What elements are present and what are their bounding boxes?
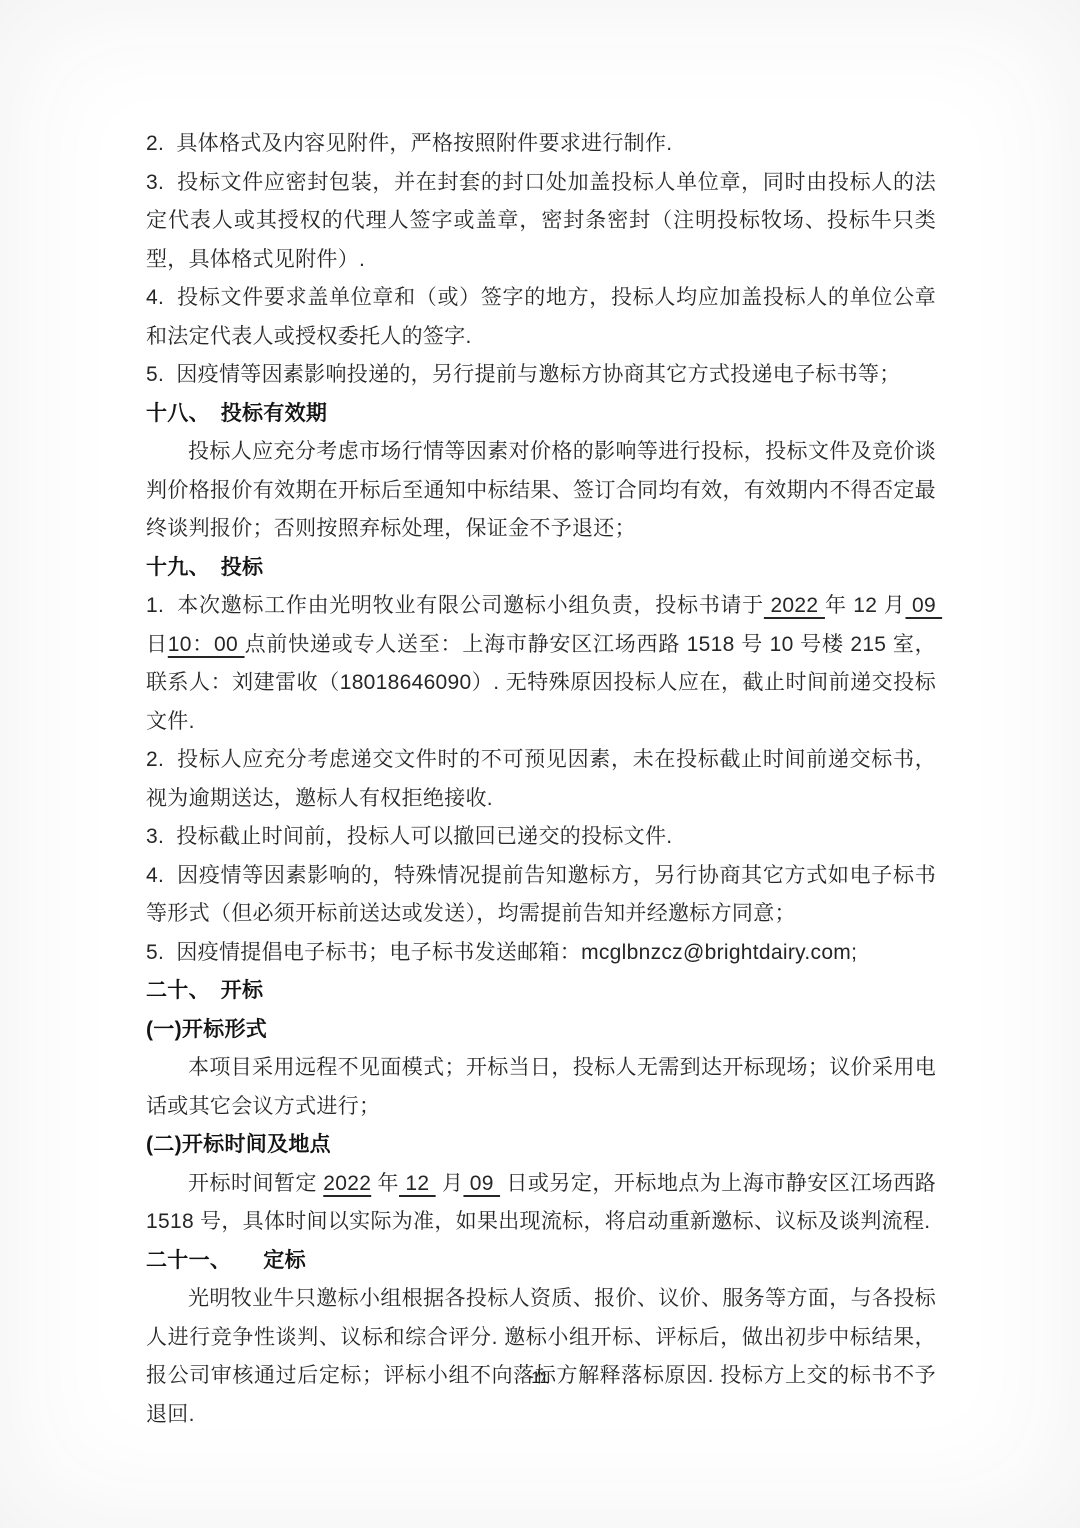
text-run: 十八、 投标有效期 — [146, 402, 327, 425]
text-run: (一)开标形式 — [146, 1018, 267, 1041]
text-run: 5. 因疫情等因素影响投递的，另行提前与邀标方协商其它方式投递电子标书等； — [146, 363, 901, 386]
underlined-text: 2022 — [764, 594, 825, 617]
underlined-text: 10：00 — [168, 633, 245, 656]
list-item-2: 2. 具体格式及内容见附件，严格按照附件要求进行制作. — [146, 125, 936, 164]
text-run: 2. 具体格式及内容见附件，严格按照附件要求进行制作. — [146, 132, 672, 155]
text-run: 年 12 月 — [825, 594, 906, 617]
section-heading-20: 二十、 开标 — [146, 972, 936, 1011]
text-run: 2. 投标人应充分考虑递交文件时的不可预见因素，未在投标截止时间前递交标书，视为… — [146, 748, 936, 810]
text-run: 5. 因疫情提倡电子标书；电子标书发送邮箱：mcglbnzcz@brightda… — [146, 941, 857, 964]
text-run: 十九、 投标 — [146, 556, 263, 579]
list-item-3: 3. 投标文件应密封包装，并在封套的封口处加盖投标人单位章，同时由投标人的法定代… — [146, 164, 936, 280]
document-page: 2. 具体格式及内容见附件，严格按照附件要求进行制作. 3. 投标文件应密封包装… — [146, 125, 936, 1434]
text-run: 投标人应充分考虑市场行情等因素对价格的影响等进行投标，投标文件及竞价谈判价格报价… — [146, 440, 936, 540]
list-item-19-4: 4. 因疫情等因素影响的，特殊情况提前告知邀标方，另行协商其它方式如电子标书等形… — [146, 857, 936, 934]
subheading-20-2: (二)开标时间及地点 — [146, 1126, 936, 1165]
list-item-4: 4. 投标文件要求盖单位章和（或）签字的地方，投标人均应加盖投标人的单位公章和法… — [146, 279, 936, 356]
text-run: 本项目采用远程不见面模式；开标当日，投标人无需到达开标现场；议价采用电话或其它会… — [146, 1056, 936, 1118]
list-item-19-3: 3. 投标截止时间前，投标人可以撤回已递交的投标文件. — [146, 818, 936, 857]
section-heading-19: 十九、 投标 — [146, 549, 936, 588]
text-run: 月 — [436, 1172, 464, 1195]
para-18-body: 投标人应充分考虑市场行情等因素对价格的影响等进行投标，投标文件及竞价谈判价格报价… — [146, 433, 936, 549]
text-run: 二十、 开标 — [146, 979, 263, 1002]
list-item-19-5: 5. 因疫情提倡电子标书；电子标书发送邮箱：mcglbnzcz@brightda… — [146, 934, 936, 973]
list-item-19-2: 2. 投标人应充分考虑递交文件时的不可预见因素，未在投标截止时间前递交标书，视为… — [146, 741, 936, 818]
text-run: 4. 投标文件要求盖单位章和（或）签字的地方，投标人均应加盖投标人的单位公章和法… — [146, 286, 936, 348]
para-20-1-body: 本项目采用远程不见面模式；开标当日，投标人无需到达开标现场；议价采用电话或其它会… — [146, 1049, 936, 1126]
para-21-body: 光明牧业牛只邀标小组根据各投标人资质、报价、议价、服务等方面，与各投标人进行竞争… — [146, 1280, 936, 1434]
text-run: (二)开标时间及地点 — [146, 1133, 331, 1156]
text-run: 点前快递或专人送至：上海市静安区江场西路 1518 号 10 号楼 215 室，… — [146, 633, 936, 733]
underlined-text: 12 — [399, 1172, 436, 1195]
text-run: 光明牧业牛只邀标小组根据各投标人资质、报价、议价、服务等方面，与各投标人进行竞争… — [146, 1287, 936, 1426]
text-run: 1. 本次邀标工作由光明牧业有限公司邀标小组负责，投标书请于 — [146, 594, 764, 617]
text-run: 日 — [146, 633, 168, 656]
list-item-5: 5. 因疫情等因素影响投递的，另行提前与邀标方协商其它方式投递电子标书等； — [146, 356, 936, 395]
section-heading-21: 二十一、 定标 — [146, 1242, 936, 1281]
page-number: 11 — [0, 1367, 1080, 1389]
subheading-20-1: (一)开标形式 — [146, 1011, 936, 1050]
underlined-text: 09 — [463, 1172, 500, 1195]
section-heading-18: 十八、 投标有效期 — [146, 395, 936, 434]
text-run: 4. 因疫情等因素影响的，特殊情况提前告知邀标方，另行协商其它方式如电子标书等形… — [146, 864, 936, 926]
text-run: 开标时间暂定 — [188, 1172, 323, 1195]
underlined-text: 09 — [905, 594, 942, 617]
underlined-text: 2022 — [323, 1172, 371, 1195]
text-run: 3. 投标截止时间前，投标人可以撤回已递交的投标文件. — [146, 825, 672, 848]
text-run: 年 — [371, 1172, 399, 1195]
text-run: 3. 投标文件应密封包装，并在封套的封口处加盖投标人单位章，同时由投标人的法定代… — [146, 171, 936, 271]
list-item-19-1: 1. 本次邀标工作由光明牧业有限公司邀标小组负责，投标书请于 2022 年 12… — [146, 587, 936, 741]
para-20-2-body: 开标时间暂定 2022 年 12 月 09 日或另定，开标地点为上海市静安区江场… — [146, 1165, 936, 1242]
text-run: 二十一、 定标 — [146, 1249, 306, 1272]
